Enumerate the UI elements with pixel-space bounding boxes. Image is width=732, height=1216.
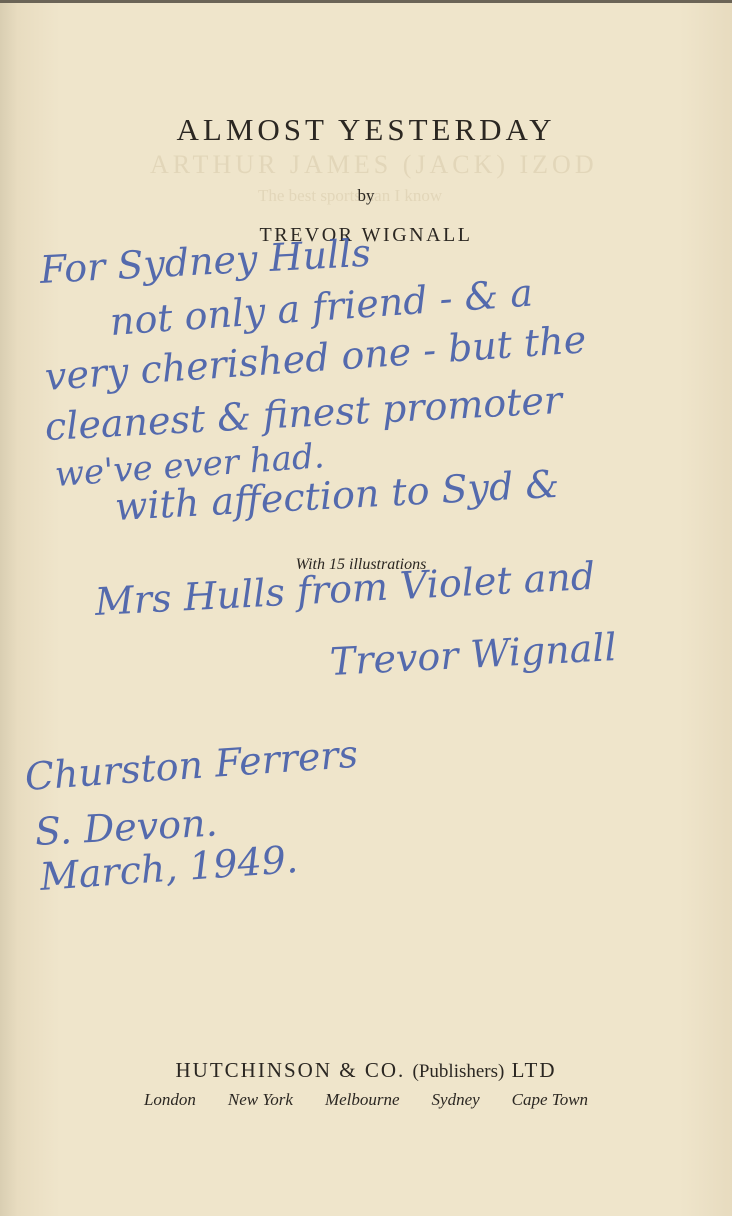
publisher-ltd: LTD [512,1058,557,1082]
by-label: by [0,186,732,206]
publisher-suffix: (Publishers) [413,1061,505,1082]
inscription-signature: Trevor Wignall [329,625,618,684]
publisher-line: HUTCHINSON & CO. (Publishers) LTD [0,1058,732,1083]
show-through-heading: ARTHUR JAMES (JACK) IZOD [150,150,598,180]
page-top-edge [0,0,732,3]
publisher-cities: LondonNew YorkMelbourneSydneyCape Town [0,1090,732,1110]
book-title-page: ARTHUR JAMES (JACK) IZOD The best sports… [0,0,732,1216]
inscription-place: Churston Ferrers [23,732,359,799]
book-title: ALMOST YESTERDAY [0,112,732,148]
city: Sydney [432,1090,480,1109]
publisher-name: HUTCHINSON & CO. [176,1058,406,1082]
city: New York [228,1090,293,1109]
city: Cape Town [512,1090,588,1109]
city: London [144,1090,196,1109]
city: Melbourne [325,1090,400,1109]
